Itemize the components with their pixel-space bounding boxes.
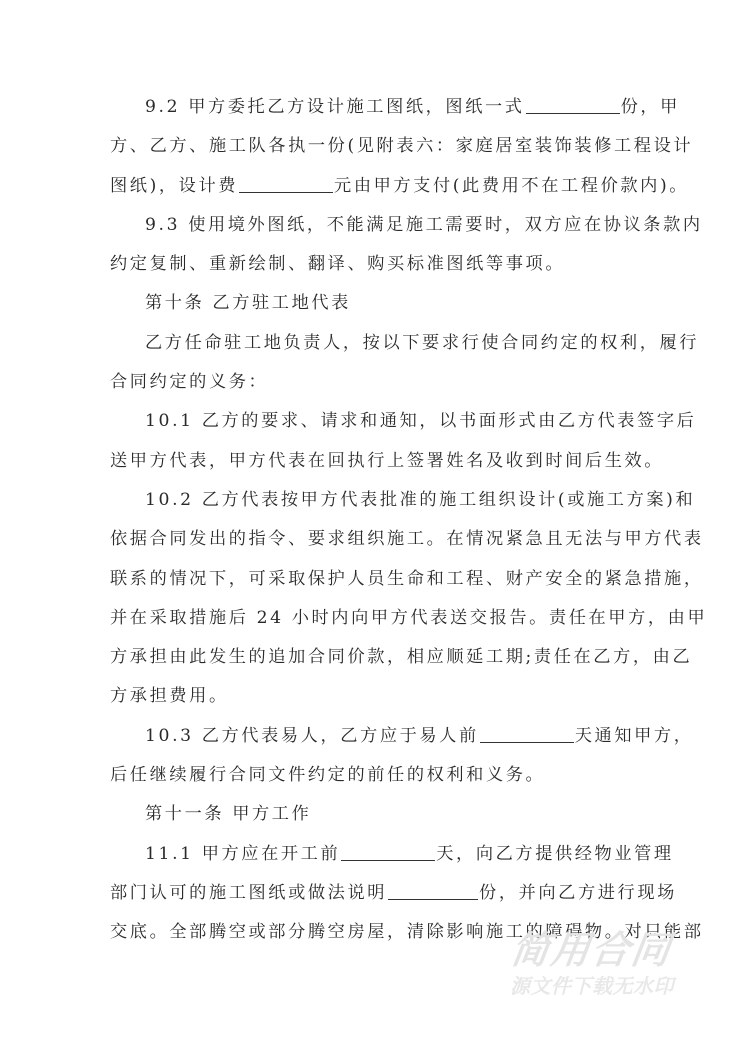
- text-segment: 元由甲方支付(此费用不在工程价款内)。: [334, 176, 689, 196]
- clause-9-2-line-3: 图纸)，设计费元由甲方支付(此费用不在工程价款内)。: [110, 167, 637, 206]
- fill-blank-design-fee[interactable]: [239, 176, 333, 193]
- fill-blank-days-before-start[interactable]: [341, 844, 435, 861]
- clause-10-2-line-5: 方承担由此发生的追加合同价款，相应顺延工期;责任在乙方，由乙: [110, 638, 637, 677]
- document-body: 9.2 甲方委托乙方设计施工图纸，图纸一式份，甲 方、乙方、施工队各执一份(见附…: [110, 88, 637, 953]
- text-segment: 11.1 甲方应在开工前: [145, 844, 340, 864]
- clause-10-2-line-2: 依据合同发出的指令、要求组织施工。在情况紧急且无法与甲方代表: [110, 520, 637, 559]
- clause-10-1-line-1: 10.1 乙方的要求、请求和通知，以书面形式由乙方代表签字后: [110, 402, 637, 441]
- clause-11-1-line-3: 交底。全部腾空或部分腾空房屋，清除影响施工的障碍物。对只能部: [110, 913, 637, 952]
- fill-blank-drawing-count[interactable]: [388, 883, 478, 900]
- article-10-intro-line-1: 乙方任命驻工地负责人，按以下要求行使合同约定的权利，履行: [110, 324, 637, 363]
- document-page: 9.2 甲方委托乙方设计施工图纸，图纸一式份，甲 方、乙方、施工队各执一份(见附…: [0, 0, 742, 1049]
- clause-11-1-line-1: 11.1 甲方应在开工前天，向乙方提供经物业管理: [110, 835, 637, 874]
- article-11-heading: 第十一条 甲方工作: [110, 795, 637, 834]
- text-segment: 份，并向乙方进行现场: [479, 883, 677, 903]
- clause-11-1-line-2: 部门认可的施工图纸或做法说明份，并向乙方进行现场: [110, 874, 637, 913]
- clause-10-2-line-4: 并在采取措施后 24 小时内向甲方代表送交报告。责任在甲方，由甲: [110, 599, 637, 638]
- text-segment: 部门认可的施工图纸或做法说明: [110, 883, 387, 903]
- text-segment: 天通知甲方，: [575, 726, 694, 746]
- article-10-intro-line-2: 合同约定的义务：: [110, 363, 637, 402]
- clause-9-3-line-1: 9.3 使用境外图纸，不能满足施工需要时，双方应在协议条款内: [110, 206, 637, 245]
- clause-9-2-line-2: 方、乙方、施工队各执一份(见附表六：家庭居室装饰装修工程设计: [110, 127, 637, 166]
- fill-blank-notice-days[interactable]: [480, 726, 574, 743]
- clause-10-3-line-2: 后任继续履行合同文件约定的前任的权利和义务。: [110, 756, 637, 795]
- clause-10-2-line-1: 10.2 乙方代表按甲方代表批准的施工组织设计(或施工方案)和: [110, 481, 637, 520]
- clause-10-2-line-3: 联系的情况下，可采取保护人员生命和工程、财产安全的紧急措施，: [110, 560, 637, 599]
- clause-9-3-line-2: 约定复制、重新绘制、翻译、购买标准图纸等事项。: [110, 245, 637, 284]
- fill-blank-drawing-copies[interactable]: [526, 97, 620, 114]
- watermark-tagline: 源文件下载无水印: [510, 970, 674, 999]
- text-segment: 天，向乙方提供经物业管理: [436, 844, 673, 864]
- text-segment: 份，甲: [621, 97, 680, 117]
- text-segment: 10.3 乙方代表易人，乙方应于易人前: [145, 726, 479, 746]
- clause-10-2-line-6: 方承担费用。: [110, 677, 637, 716]
- clause-10-3-line-1: 10.3 乙方代表易人，乙方应于易人前天通知甲方，: [110, 717, 637, 756]
- text-segment: 图纸)，设计费: [110, 176, 238, 196]
- clause-9-2-line-1: 9.2 甲方委托乙方设计施工图纸，图纸一式份，甲: [110, 88, 637, 127]
- clause-10-1-line-2: 送甲方代表，甲方代表在回执行上签署姓名及收到时间后生效。: [110, 442, 637, 481]
- text-segment: 9.2 甲方委托乙方设计施工图纸，图纸一式: [145, 97, 525, 117]
- article-10-heading: 第十条 乙方驻工地代表: [110, 284, 637, 323]
